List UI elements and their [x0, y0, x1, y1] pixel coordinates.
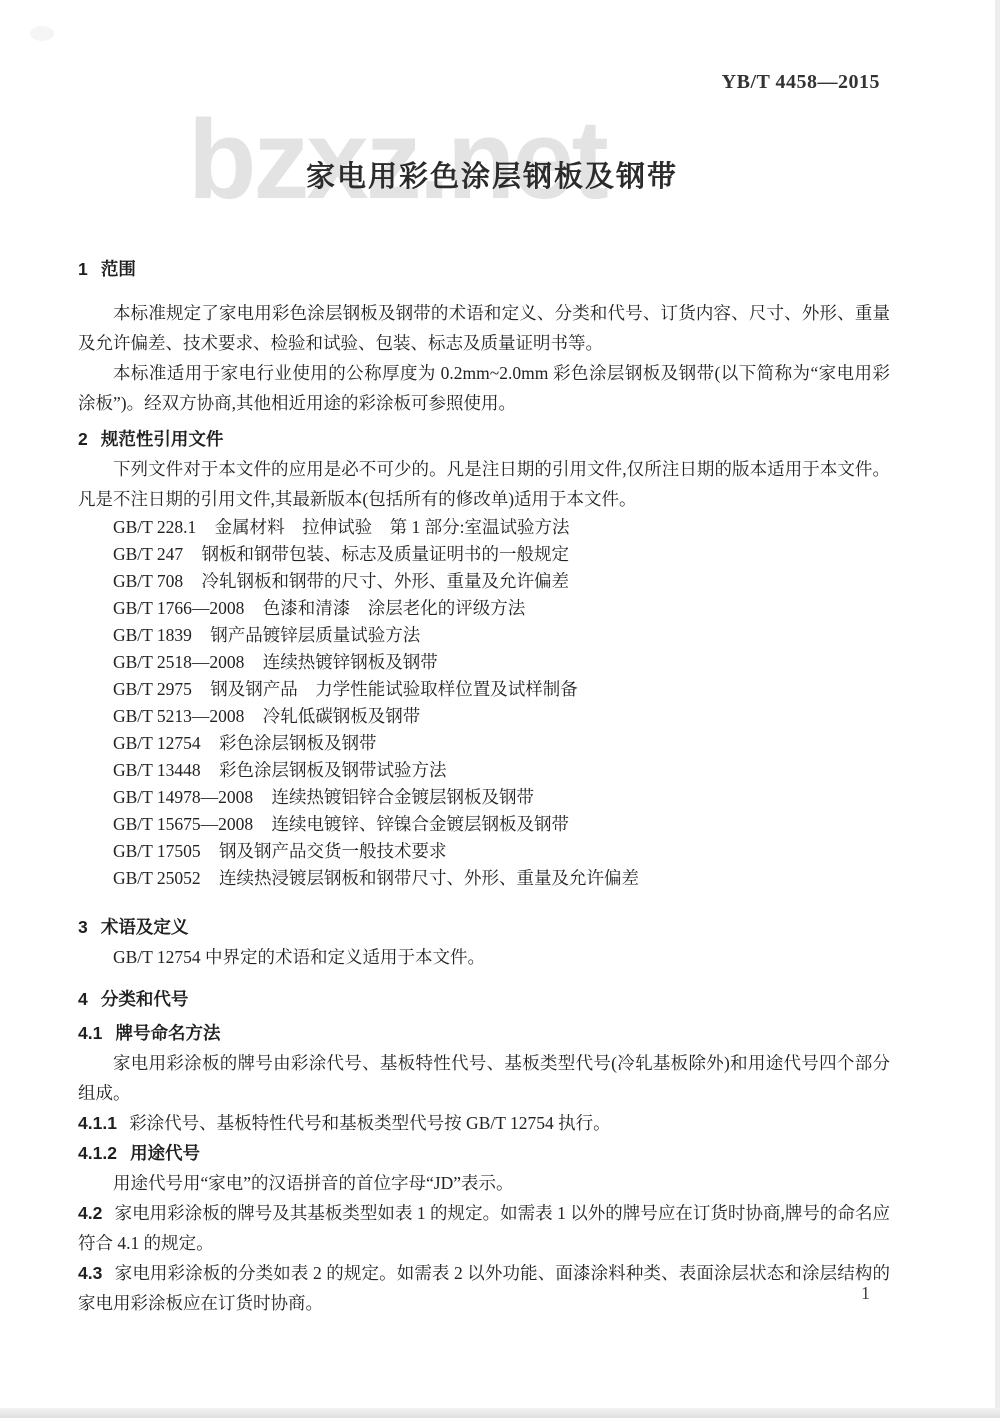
reference-code: GB/T 247	[113, 544, 183, 564]
reference-code: GB/T 17505	[113, 841, 201, 861]
document-page: bzxz.net YB/T 4458—2015 家电用彩色涂层钢板及钢带 1范围…	[0, 0, 1000, 1418]
section-2-title: 规范性引用文件	[101, 429, 224, 449]
reference-code: GB/T 13448	[113, 760, 201, 780]
reference-code: GB/T 708	[113, 571, 183, 591]
section-2-number: 2	[78, 429, 88, 449]
section-4-2-number: 4.2	[78, 1203, 102, 1223]
reference-title: 色漆和清漆 涂层老化的评级方法	[263, 598, 526, 618]
reference-title: 冷轧钢板和钢带的尺寸、外形、重量及允许偏差	[202, 571, 570, 591]
section-1-title: 范围	[101, 259, 136, 279]
reference-code: GB/T 2518—2008	[113, 652, 244, 672]
reference-item: GB/T 228.1金属材料 拉伸试验 第 1 部分:室温试验方法	[78, 514, 890, 541]
section-4-3-clause: 4.3家电用彩涂板的分类如表 2 的规定。如需表 2 以外功能、面漆涂料种类、表…	[78, 1258, 890, 1318]
reference-item: GB/T 1766—2008色漆和清漆 涂层老化的评级方法	[78, 595, 890, 622]
reference-title: 彩色涂层钢板及钢带试验方法	[219, 760, 447, 780]
reference-item: GB/T 5213—2008冷轧低碳钢板及钢带	[78, 703, 890, 730]
section-4-heading: 4分类和代号	[78, 984, 890, 1014]
reference-title: 钢产品镀锌层质量试验方法	[210, 625, 420, 645]
reference-title: 连续热镀铝锌合金镀层钢板及钢带	[272, 787, 535, 807]
scan-edge-bottom	[0, 1408, 1000, 1418]
page-content: 家电用彩色涂层钢板及钢带 1范围 本标准规定了家电用彩色涂层钢板及钢带的术语和定…	[78, 0, 890, 1318]
section-3-title: 术语及定义	[101, 917, 189, 937]
section-4-3-text: 家电用彩涂板的分类如表 2 的规定。如需表 2 以外功能、面漆涂料种类、表面涂层…	[78, 1263, 890, 1313]
section-4-number: 4	[78, 989, 88, 1009]
section-4-1-2-heading: 4.1.2用途代号	[78, 1138, 890, 1168]
reference-item: GB/T 15675—2008连续电镀锌、锌镍合金镀层钢板及钢带	[78, 811, 890, 838]
section-4-2-clause: 4.2家电用彩涂板的牌号及其基板类型如表 1 的规定。如需表 1 以外的牌号应在…	[78, 1198, 890, 1258]
reference-title: 连续电镀锌、锌镍合金镀层钢板及钢带	[272, 814, 570, 834]
page-number: 1	[861, 1283, 870, 1304]
reference-item: GB/T 17505钢及钢产品交货一般技术要求	[78, 838, 890, 865]
reference-code: GB/T 12754	[113, 733, 201, 753]
section-4-1-2-title: 用途代号	[130, 1143, 200, 1163]
section-1-number: 1	[78, 259, 88, 279]
section-1-paragraph-2: 本标准适用于家电行业使用的公称厚度为 0.2mm~2.0mm 彩色涂层钢板及钢带…	[78, 358, 890, 418]
section-1-paragraph-1: 本标准规定了家电用彩色涂层钢板及钢带的术语和定义、分类和代号、订货内容、尺寸、外…	[78, 298, 890, 358]
section-4-1-heading: 4.1牌号命名方法	[78, 1018, 890, 1048]
section-3-number: 3	[78, 917, 88, 937]
reference-code: GB/T 228.1	[113, 517, 196, 537]
section-1-heading: 1范围	[78, 254, 890, 284]
reference-code: GB/T 25052	[113, 868, 201, 888]
reference-code: GB/T 1766—2008	[113, 598, 244, 618]
reference-title: 钢及钢产品 力学性能试验取样位置及试样制备	[210, 679, 578, 699]
reference-title: 彩色涂层钢板及钢带	[219, 733, 377, 753]
section-4-1-number: 4.1	[78, 1023, 102, 1043]
reference-item: GB/T 14978—2008连续热镀铝锌合金镀层钢板及钢带	[78, 784, 890, 811]
section-2-heading: 2规范性引用文件	[78, 424, 890, 454]
section-3-paragraph: GB/T 12754 中界定的术语和定义适用于本文件。	[78, 942, 890, 972]
section-4-2-text: 家电用彩涂板的牌号及其基板类型如表 1 的规定。如需表 1 以外的牌号应在订货时…	[78, 1203, 890, 1253]
reference-code: GB/T 2975	[113, 679, 192, 699]
section-4-title: 分类和代号	[101, 989, 189, 1009]
scan-artifact	[30, 26, 54, 41]
reference-item: GB/T 25052连续热浸镀层钢板和钢带尺寸、外形、重量及允许偏差	[78, 865, 890, 892]
section-2-intro: 下列文件对于本文件的应用是必不可少的。凡是注日期的引用文件,仅所注日期的版本适用…	[78, 454, 890, 514]
section-4-1-1-text: 彩涂代号、基板特性代号和基板类型代号按 GB/T 12754 执行。	[129, 1113, 610, 1133]
reference-item: GB/T 13448彩色涂层钢板及钢带试验方法	[78, 757, 890, 784]
section-4-1-1-clause: 4.1.1彩涂代号、基板特性代号和基板类型代号按 GB/T 12754 执行。	[78, 1108, 890, 1138]
section-4-3-number: 4.3	[78, 1263, 102, 1283]
section-4-1-paragraph: 家电用彩涂板的牌号由彩涂代号、基板特性代号、基板类型代号(冷轧基板除外)和用途代…	[78, 1048, 890, 1108]
reference-item: GB/T 12754彩色涂层钢板及钢带	[78, 730, 890, 757]
reference-item: GB/T 247钢板和钢带包装、标志及质量证明书的一般规定	[78, 541, 890, 568]
standard-number: YB/T 4458—2015	[722, 71, 880, 94]
section-4-1-2-paragraph: 用途代号用“家电”的汉语拼音的首位字母“JD”表示。	[78, 1168, 890, 1198]
page-title: 家电用彩色涂层钢板及钢带	[86, 0, 898, 194]
reference-title: 钢及钢产品交货一般技术要求	[219, 841, 447, 861]
reference-code: GB/T 15675—2008	[113, 814, 253, 834]
reference-item: GB/T 2518—2008连续热镀锌钢板及钢带	[78, 649, 890, 676]
reference-code: GB/T 5213—2008	[113, 706, 244, 726]
section-3-heading: 3术语及定义	[78, 912, 890, 942]
section-4-1-1-number: 4.1.1	[78, 1113, 117, 1133]
reference-list: GB/T 228.1金属材料 拉伸试验 第 1 部分:室温试验方法 GB/T 2…	[78, 514, 890, 892]
reference-code: GB/T 14978—2008	[113, 787, 253, 807]
reference-title: 金属材料 拉伸试验 第 1 部分:室温试验方法	[215, 517, 570, 537]
reference-title: 冷轧低碳钢板及钢带	[263, 706, 421, 726]
scan-edge-right	[995, 0, 1000, 1408]
section-4-1-title: 牌号命名方法	[115, 1023, 220, 1043]
reference-item: GB/T 1839钢产品镀锌层质量试验方法	[78, 622, 890, 649]
reference-code: GB/T 1839	[113, 625, 192, 645]
reference-title: 钢板和钢带包装、标志及质量证明书的一般规定	[202, 544, 570, 564]
reference-item: GB/T 708冷轧钢板和钢带的尺寸、外形、重量及允许偏差	[78, 568, 890, 595]
reference-title: 连续热镀锌钢板及钢带	[263, 652, 438, 672]
reference-title: 连续热浸镀层钢板和钢带尺寸、外形、重量及允许偏差	[219, 868, 639, 888]
section-4-1-2-number: 4.1.2	[78, 1143, 117, 1163]
reference-item: GB/T 2975钢及钢产品 力学性能试验取样位置及试样制备	[78, 676, 890, 703]
